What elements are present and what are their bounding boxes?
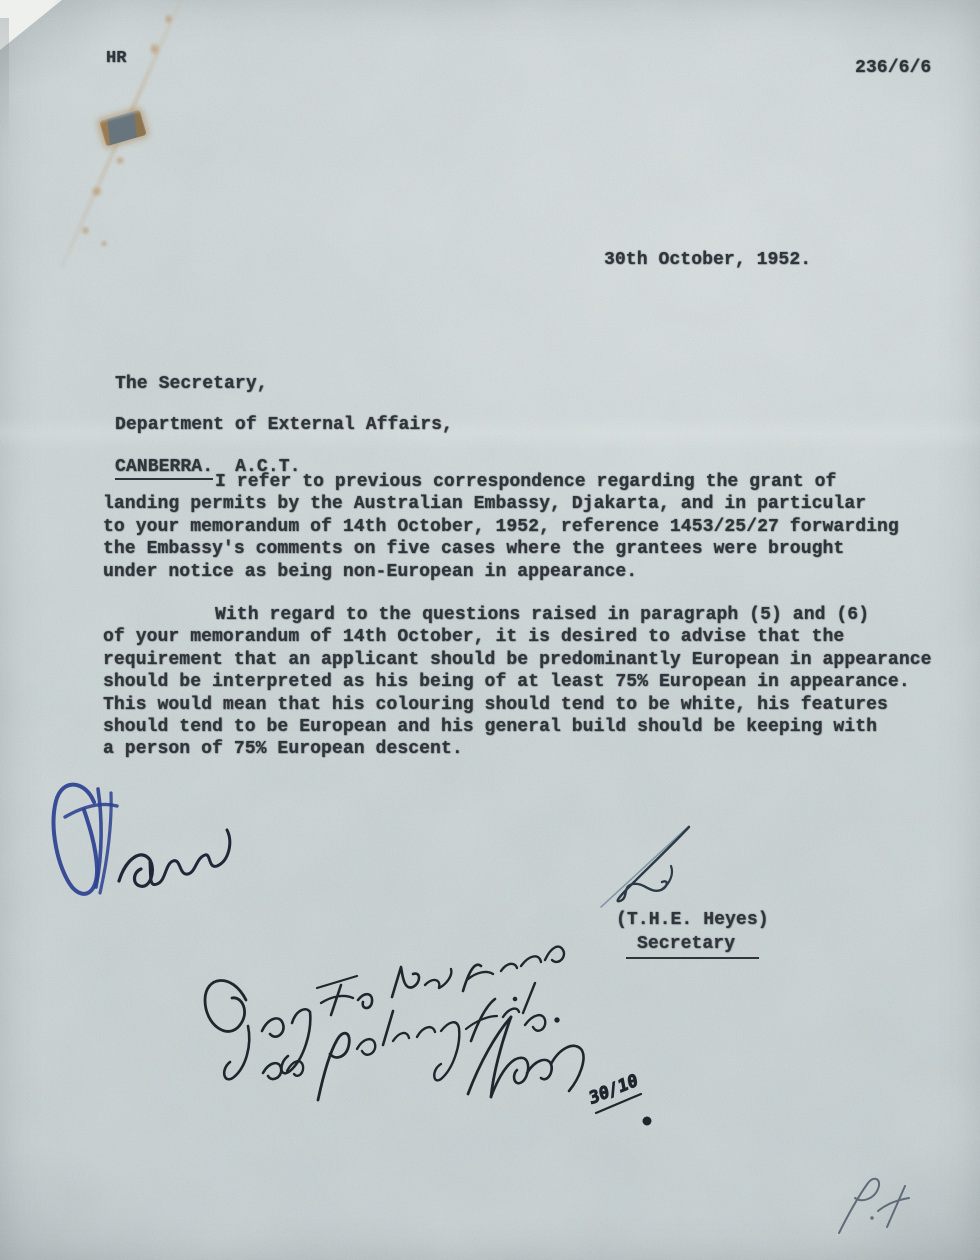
handwritten-ink-layer: 30/10 — [0, 0, 980, 1260]
scanned-letter-page: HR 236/6/6 30th October, 1952. The Secre… — [0, 0, 980, 1260]
left-blue-signature — [54, 785, 230, 894]
bottom-right-initials — [839, 1179, 909, 1233]
handwritten-filing-note: 30/10 — [205, 947, 651, 1125]
approval-initial-signature — [601, 826, 689, 907]
note-date-text: 30/10 — [585, 1071, 641, 1109]
